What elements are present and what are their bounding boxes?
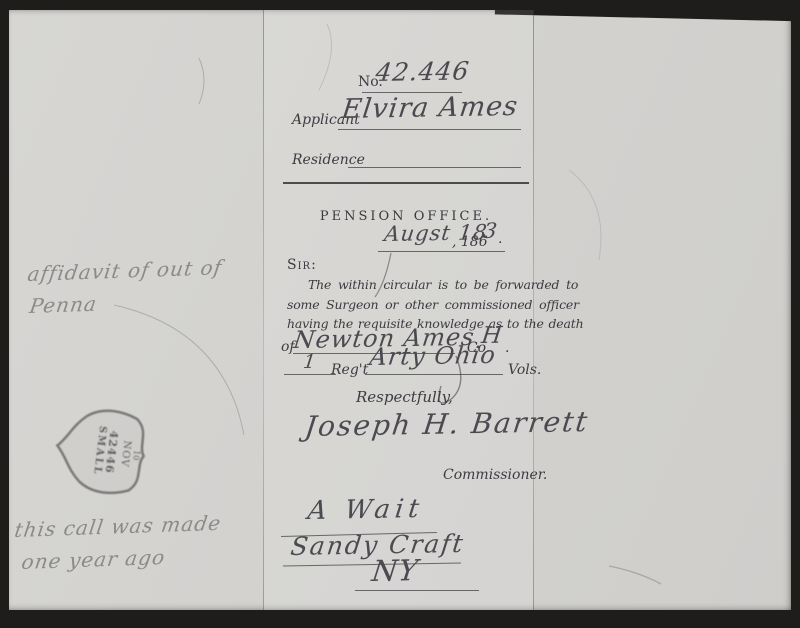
section-divider-rule — [283, 182, 529, 184]
scan-corner-shadow — [495, 10, 791, 22]
forward-name: A Wait — [306, 494, 426, 526]
salutation: Sir: — [287, 257, 317, 273]
regiment-number-underline — [284, 374, 336, 375]
margin-note-line-1: affidavit of out of — [26, 255, 224, 286]
company-period: . — [505, 340, 509, 356]
applicant-underline — [338, 129, 521, 130]
scanned-document-page: No. 42.446 Applicant Elvira Ames Residen… — [0, 0, 800, 628]
vols-label: Vols. — [508, 362, 541, 378]
fold-line-left — [263, 10, 264, 610]
date-period: . — [498, 231, 502, 247]
regiment-underline — [365, 374, 503, 375]
forward-state-underline — [355, 590, 479, 591]
margin-note-line-2: Penna — [28, 292, 99, 318]
shield-ink-stamp: 10 NOV 42446 SMALL — [41, 395, 162, 508]
regiment-number: 1 — [302, 351, 318, 373]
forward-state: NY — [370, 553, 421, 588]
number-value: 42.446 — [374, 56, 471, 87]
signature-name: Joseph H. Barrett — [303, 405, 591, 443]
bottom-note-line-1: this call was made — [13, 511, 223, 542]
bottom-note-line-2: one year ago — [20, 545, 167, 574]
body-line-1: The within circular is to be forwarded t… — [308, 277, 578, 292]
applicant-value: Elvira Ames — [340, 91, 520, 125]
document-paper: No. 42.446 Applicant Elvira Ames Residen… — [9, 10, 791, 610]
residence-label: Residence — [292, 152, 365, 168]
date-written-year: 3 — [482, 219, 499, 243]
closing: Respectfully, — [356, 388, 453, 406]
body-line-2: some Surgeon or other commissioned offic… — [287, 297, 579, 312]
regiment-value: Arty Ohio — [368, 341, 498, 371]
signature-title: Commissioner. — [443, 467, 547, 483]
residence-underline — [348, 167, 521, 168]
regiment-label: Reg't — [331, 362, 368, 378]
date-underline — [378, 251, 505, 252]
